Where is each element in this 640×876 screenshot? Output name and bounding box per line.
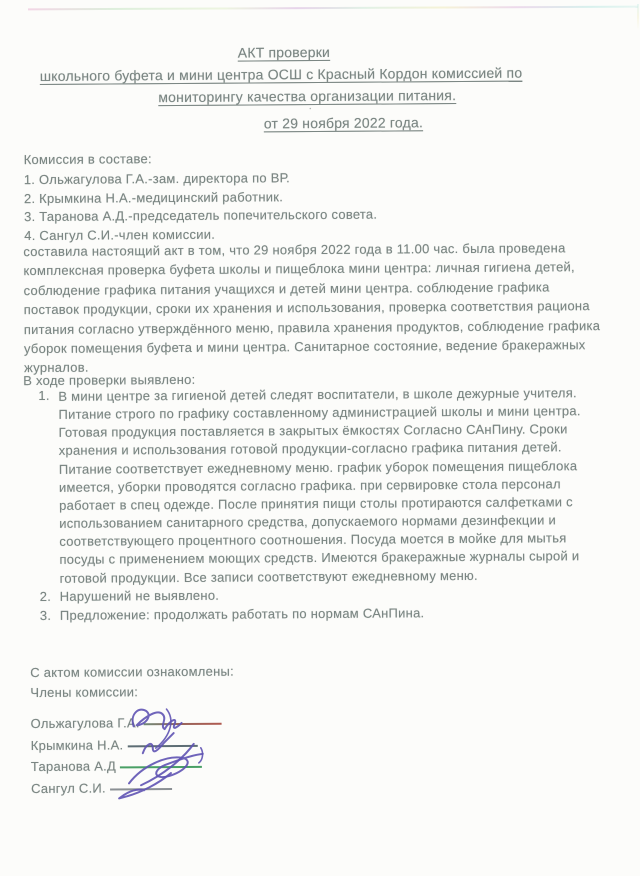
signature-block: Ольжагулова Г.А. Крымкина Н.А. Таранова …: [30, 702, 281, 820]
commission-heading: Комиссия в составе:: [24, 151, 152, 167]
signature-ink-stroke: [199, 748, 203, 763]
finding-item-2: 2.Нарушений не выявлено.: [40, 588, 220, 604]
finding-item-1: 1. В мини центре за гигиеной детей следя…: [38, 384, 582, 587]
document-title-line-2: школьного буфета и мини центра ОСШ с Кра…: [0, 64, 601, 84]
signature-ink-stroke: [143, 733, 174, 753]
findings-heading: В ходе проверки выявлено:: [23, 372, 195, 388]
scanned-document-page: АКТ проверки школьного буфета и мини цен…: [0, 0, 640, 876]
signature-ink-stroke: [129, 754, 203, 784]
commission-member-list: 1. Ольжагулова Г.А.-зам. директора по ВР…: [24, 169, 378, 246]
signature-ink-stroke: [133, 709, 182, 729]
closing-line-members: Члены комиссии:: [30, 681, 234, 702]
document-title-line-1: АКТ проверки: [0, 42, 604, 62]
finding-3-number: 3.: [40, 607, 60, 622]
finding-2-number: 2.: [40, 589, 60, 604]
commission-member: 2. Крымкина Н.А.-медицинский работник.: [24, 187, 377, 208]
finding-1-text: В мини центре за гигиеной детей следят в…: [58, 384, 582, 587]
act-statement-paragraph: составила настоящий акт в том, что 29 но…: [23, 238, 600, 378]
finding-2-text: Нарушений не выявлено.: [60, 588, 220, 604]
finding-3-text: Предложение: продолжать работать по норм…: [60, 605, 425, 623]
finding-1-line: готовой продукции. Все записи соответств…: [60, 566, 582, 588]
closing-line-acquainted: С актом комиссии ознакомлены:: [30, 662, 234, 683]
handwritten-signatures-overlay: [30, 702, 281, 820]
finding-1-number: 1.: [38, 388, 49, 403]
document-date-line: от 29 ноября 2022 года.: [23, 113, 640, 133]
finding-item-3: 3.Предложение: продолжать работать по но…: [40, 605, 425, 623]
finding-1-line: посуды с применением моющих средств. Име…: [59, 548, 581, 570]
commission-member: 1. Ольжагулова Г.А.-зам. директора по ВР…: [24, 169, 377, 190]
document-body: АКТ проверки школьного буфета и мини цен…: [0, 0, 640, 876]
commission-member: 3. Таранова А.Д.-председатель попечитель…: [24, 206, 377, 227]
closing-block: С актом комиссии ознакомлены: Члены коми…: [30, 662, 234, 703]
